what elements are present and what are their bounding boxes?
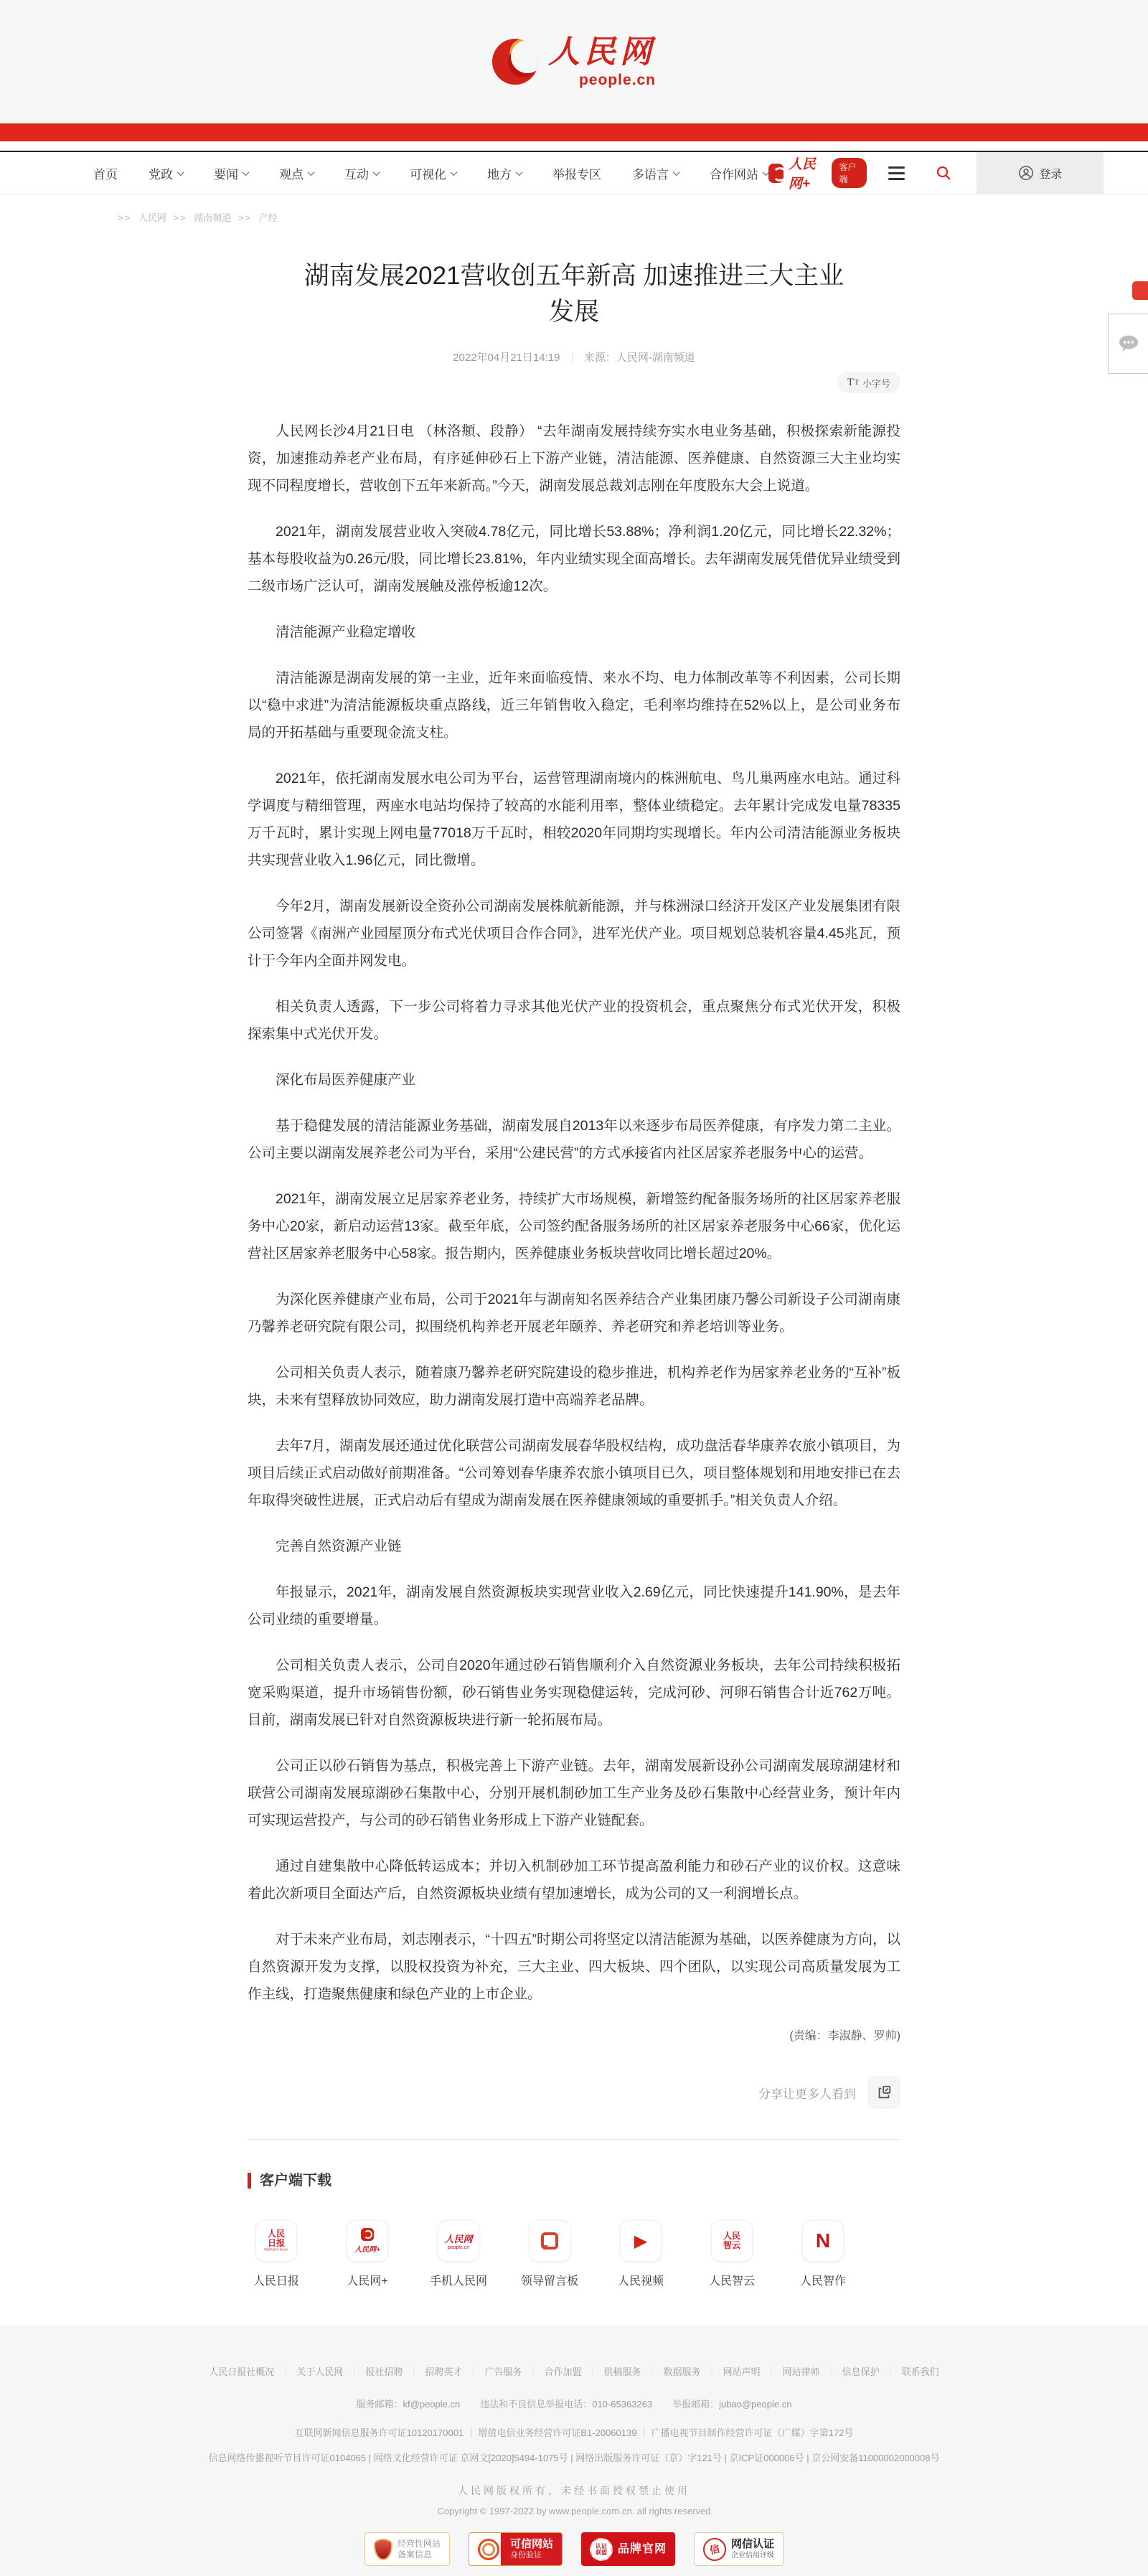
source-link[interactable]: 人民网-湖南频道 — [616, 352, 695, 364]
meta-divider — [572, 353, 573, 362]
article-paragraph: 通过自建集散中心降低转运成本；并切入机制砂加工环节提高盈利能力和砂石产业的议价权… — [248, 1853, 900, 1907]
comment-bubble-icon — [1117, 334, 1140, 353]
nav-item-label: 观点 — [279, 164, 304, 182]
app-mini-logo-icon — [361, 2228, 374, 2241]
footer-link[interactable]: 人民日报社概况 — [209, 2366, 274, 2377]
app-item[interactable]: N 人民智作 — [794, 2220, 852, 2288]
app-icon: 人民网+ — [347, 2220, 388, 2262]
breadcrumb-label: 湖南频道 — [194, 212, 231, 223]
login-label: 登录 — [1039, 165, 1062, 182]
breadcrumb: >> 人民网 >> 湖南频道 >> 产经 — [93, 210, 1055, 224]
chevron-down-icon — [673, 169, 680, 176]
app-icon: 人民日报 PEOPLE'S DAILY — [255, 2220, 297, 2262]
badge-seal-icon — [374, 2539, 392, 2560]
people-logo-icon — [492, 39, 538, 85]
site-logo[interactable]: 人民网 people.cn — [492, 37, 656, 88]
nav-item[interactable]: 要闻 — [214, 164, 248, 182]
footer-link[interactable]: 网站律师 — [761, 2366, 820, 2377]
article-paragraph: 2021年，湖南发展营业收入突破4.78亿元，同比增长53.88%；净利润1.2… — [248, 518, 900, 600]
bubble-icon — [541, 2232, 558, 2250]
site-footer: 人民日报社概况关于人民网报社招聘招聘英才广告服务合作加盟供稿服务数据服务网站声明… — [0, 2326, 1148, 2576]
footer-link[interactable]: 招聘英才 — [403, 2366, 462, 2377]
login-button[interactable]: 登录 — [977, 152, 1104, 194]
footer-link[interactable]: 合作加盟 — [522, 2366, 581, 2377]
footer-service-item: 违法和不良信息举报电话：010-65363263 — [480, 2399, 652, 2410]
source-label: 来源： — [584, 352, 616, 364]
font-size-button[interactable]: TT 小字号 — [837, 372, 900, 393]
article-paragraph: 清洁能源产业稳定增收 — [248, 619, 900, 646]
app-badge-pill: 客户端 — [832, 158, 867, 188]
nav-item-label: 要闻 — [214, 164, 238, 182]
publish-date: 2022年04月21日14:19 — [453, 352, 560, 364]
app-label: 人民视频 — [618, 2272, 664, 2288]
nav-item[interactable]: 首页 — [93, 164, 118, 182]
app-item[interactable]: 领导留言板 — [521, 2220, 578, 2288]
share-export-icon — [876, 2084, 892, 2100]
chevron-down-icon — [451, 169, 458, 176]
comment-widget[interactable] — [1108, 314, 1148, 374]
footer-service-item: 举报邮箱：jubao@people.cn — [672, 2399, 791, 2410]
nav-item-label: 可视化 — [410, 164, 446, 182]
footer-links: 人民日报社概况关于人民网报社招聘招聘英才广告服务合作加盟供稿服务数据服务网站声明… — [0, 2364, 1148, 2378]
nav-item[interactable]: 观点 — [279, 164, 314, 182]
article-paragraph: 公司正以砂石销售为基点，积极完善上下游产业链。去年，湖南发展新设孙公司湖南发展琼… — [248, 1752, 900, 1834]
main-nav: 首页 党政 要闻 观点 互动 — [0, 151, 1148, 194]
red-band — [0, 123, 1148, 141]
chevron-down-icon — [243, 169, 250, 176]
nav-item[interactable]: 互动 — [344, 164, 379, 182]
app-label: 手机人民网 — [430, 2272, 487, 2288]
badge-seal-icon: 认证联盟 — [590, 2538, 613, 2561]
article-body: 人民网长沙4月21日电 （林洛頫、段静） “去年湖南发展持续夯实水电业务基础，积… — [248, 418, 900, 2008]
breadcrumb-item[interactable]: >> 湖南频道 — [169, 212, 233, 223]
article-paragraph: 为深化医养健康产业布局，公司于2021年与湖南知名医养结合产业集团康乃馨公司新设… — [248, 1286, 900, 1340]
chevron-down-icon — [177, 169, 184, 176]
article-paragraph: 2021年，依托湖南发展水电公司为平台，运营管理湖南境内的株洲航电、鸟儿巢两座水… — [248, 765, 900, 874]
cert-badge[interactable]: 信 网信认证 企业信用评级 — [694, 2532, 784, 2566]
user-icon — [1018, 165, 1034, 181]
article-paragraph: 基于稳健发展的清洁能源业务基础，湖南发展自2013年以来逐步布局医养健康，有序发… — [248, 1112, 900, 1167]
breadcrumb-separator: >> — [173, 212, 187, 223]
nav-items: 首页 党政 要闻 观点 互动 — [93, 164, 768, 182]
breadcrumb-separator: >> — [118, 212, 131, 223]
nav-item-label: 首页 — [93, 164, 118, 182]
app-icon: 人民智云 — [711, 2220, 753, 2262]
downloads-heading: 客户端下载 — [248, 2173, 900, 2189]
footer-link[interactable]: 供稿服务 — [581, 2366, 641, 2377]
article-paragraph: 去年7月，湖南发展还通过优化联营公司湖南发展春华股权结构，成功盘活春华康养农旅小… — [248, 1432, 900, 1514]
app-item[interactable]: ▶ 人民视频 — [612, 2220, 669, 2288]
copyright-en: Copyright © 1997-2022 by www.people.com.… — [0, 2506, 1148, 2516]
breadcrumb-item[interactable]: >> 产经 — [234, 212, 278, 223]
app-label: 领导留言板 — [521, 2272, 578, 2288]
app-item[interactable]: 人民网+ 人民网+ — [339, 2220, 396, 2288]
article-paragraph: 人民网长沙4月21日电 （林洛頫、段静） “去年湖南发展持续夯实水电业务基础，积… — [248, 418, 900, 499]
article-paragraph: 2021年，湖南发展立足居家养老业务，持续扩大市场规模，新增签约配备服务场所的社… — [248, 1185, 900, 1267]
chevron-down-icon — [373, 169, 380, 176]
footer-service-item: 服务邮箱：kf@people.cn — [357, 2399, 461, 2410]
nav-item-label: 合作网站 — [710, 164, 758, 182]
nav-item-label: 地方 — [487, 164, 512, 182]
footer-link[interactable]: 信息保护 — [820, 2366, 880, 2377]
footer-link[interactable]: 联系我们 — [880, 2366, 939, 2377]
nav-item[interactable]: 地方 — [487, 164, 522, 182]
nav-item-label: 党政 — [149, 164, 173, 182]
editor-note: (责编：李淑静、罗帅) — [248, 2026, 900, 2043]
copyright-cn: 人民网版权所有，未经书面授权禁止使用 — [0, 2483, 1148, 2498]
section-divider — [248, 2139, 900, 2140]
share-button[interactable] — [867, 2076, 900, 2109]
menu-icon[interactable] — [888, 166, 905, 180]
share-label: 分享让更多人看到 — [758, 2084, 856, 2102]
font-size-icon: T — [847, 377, 854, 389]
band-gap — [0, 141, 1148, 151]
footer-link[interactable]: 网站声明 — [701, 2366, 761, 2377]
app-label: 人民智作 — [800, 2272, 846, 2288]
chevron-down-icon — [308, 169, 315, 176]
app-badge-name: 人民网+ — [789, 154, 827, 192]
logo-cn-text: 人民网 — [548, 37, 656, 68]
footer-link[interactable]: 数据服务 — [641, 2366, 701, 2377]
footer-link[interactable]: 报社招聘 — [343, 2366, 403, 2377]
article-paragraph: 相关负责人透露，下一步公司将着力寻求其他光伏产业的投资机会，重点聚焦分布式光伏开… — [248, 993, 900, 1048]
chevron-down-icon — [516, 169, 523, 176]
breadcrumb-separator: >> — [238, 212, 252, 223]
app-icon — [529, 2220, 570, 2262]
app-label: 人民网+ — [347, 2272, 387, 2288]
nav-item[interactable]: 可视化 — [410, 164, 456, 182]
footer-license-2: 信息网络传播视听节目许可证0104065 | 网络文化经营许可证 京网文[202… — [0, 2450, 1148, 2464]
app-item[interactable]: 人民日报 PEOPLE'S DAILY 人民日报 — [248, 2220, 305, 2288]
nav-item[interactable]: 合作网站 — [710, 164, 768, 182]
cert-badges: 经营性网站 备案信息 可信网站 身份验证 认证联盟 品牌官 — [0, 2532, 1148, 2566]
cert-badge[interactable]: 经营性网站 备案信息 — [364, 2532, 450, 2566]
footer-license-1: 互联网新闻信息服务许可证10120170001 ｜ 增值电信业务经营许可证B1-… — [0, 2425, 1148, 2439]
badge-seal-icon: 信 — [701, 2535, 729, 2563]
article: 湖南发展2021营收创五年新高 加速推进三大主业发展 2022年04月21日14… — [248, 258, 900, 2326]
breadcrumb-label: 产经 — [259, 212, 278, 223]
footer-link[interactable]: 广告服务 — [462, 2366, 522, 2377]
floating-share-button[interactable] — [1132, 281, 1148, 300]
search-icon[interactable] — [935, 164, 952, 182]
app-list: 人民日报 PEOPLE'S DAILY 人民日报 人民网+ 人民网+ — [248, 2220, 900, 2288]
logo-en-text: people.cn — [579, 72, 656, 88]
font-size-label: 小字号 — [862, 376, 890, 390]
nav-item[interactable]: 举报专区 — [552, 164, 601, 182]
cert-badge[interactable]: 可信网站 身份验证 — [469, 2532, 563, 2566]
article-paragraph: 今年2月，湖南发展新设全资孙公司湖南发展株航新能源，并与株洲渌口经济开发区产业发… — [248, 893, 900, 974]
app-icon: N — [802, 2220, 844, 2262]
nav-item-label: 互动 — [344, 164, 369, 182]
site-header: 人民网 people.cn — [0, 0, 1148, 123]
nav-item[interactable]: 多语言 — [632, 164, 679, 182]
downloads-section: 客户端下载 人民日报 PEOPLE'S DAILY 人民日报 — [248, 2173, 900, 2326]
people-app-badge[interactable]: 人民网+ 客户端 — [768, 154, 867, 192]
article-paragraph: 完善自然资源产业链 — [248, 1533, 900, 1560]
people-plus-icon — [768, 164, 784, 183]
article-paragraph: 深化布局医养健康产业 — [248, 1066, 900, 1094]
article-paragraph: 公司相关负责人表示，随着康乃馨养老研究院建设的稳步推进，机构养老作为居家养老业务… — [248, 1359, 900, 1414]
nav-item[interactable]: 党政 — [149, 164, 183, 182]
footer-link[interactable]: 关于人民网 — [274, 2366, 343, 2377]
cert-badge[interactable]: 认证联盟 品牌官网 — [581, 2532, 675, 2566]
nav-item-label: 多语言 — [632, 164, 669, 182]
app-label: 人民日报 — [253, 2272, 299, 2288]
app-icon: 人民网 people.cn — [438, 2220, 479, 2262]
article-paragraph: 公司相关负责人表示，公司自2020年通过砂石销售顺利介入自然资源业务板块，去年公… — [248, 1652, 900, 1734]
app-label: 人民智云 — [709, 2272, 755, 2288]
page-title: 湖南发展2021营收创五年新高 加速推进三大主业发展 — [294, 258, 854, 329]
app-item[interactable]: 人民智云 人民智云 — [703, 2220, 761, 2288]
badge-seal-icon — [478, 2539, 499, 2560]
app-item[interactable]: 人民网 people.cn 手机人民网 — [430, 2220, 487, 2288]
article-meta: 2022年04月21日14:19 来源：人民网-湖南频道 — [248, 349, 900, 365]
breadcrumb-item[interactable]: >> 人民网 — [113, 212, 169, 223]
article-paragraph: 清洁能源是湖南发展的第一主业，近年来面临疫情、来水不均、电力体制改革等不利因素，… — [248, 664, 900, 746]
footer-service-line: 服务邮箱：kf@people.cn违法和不良信息举报电话：010-6536326… — [0, 2397, 1148, 2410]
app-icon: ▶ — [620, 2220, 662, 2262]
article-paragraph: 对于未来产业布局，刘志刚表示，“十四五”时期公司将坚定以清洁能源为基础，以医养健… — [248, 1926, 900, 2008]
nav-item-label: 举报专区 — [552, 164, 601, 182]
breadcrumb-label: 人民网 — [138, 212, 166, 223]
article-paragraph: 年报显示，2021年，湖南发展自然资源板块实现营业收入2.69亿元，同比快速提升… — [248, 1579, 900, 1633]
